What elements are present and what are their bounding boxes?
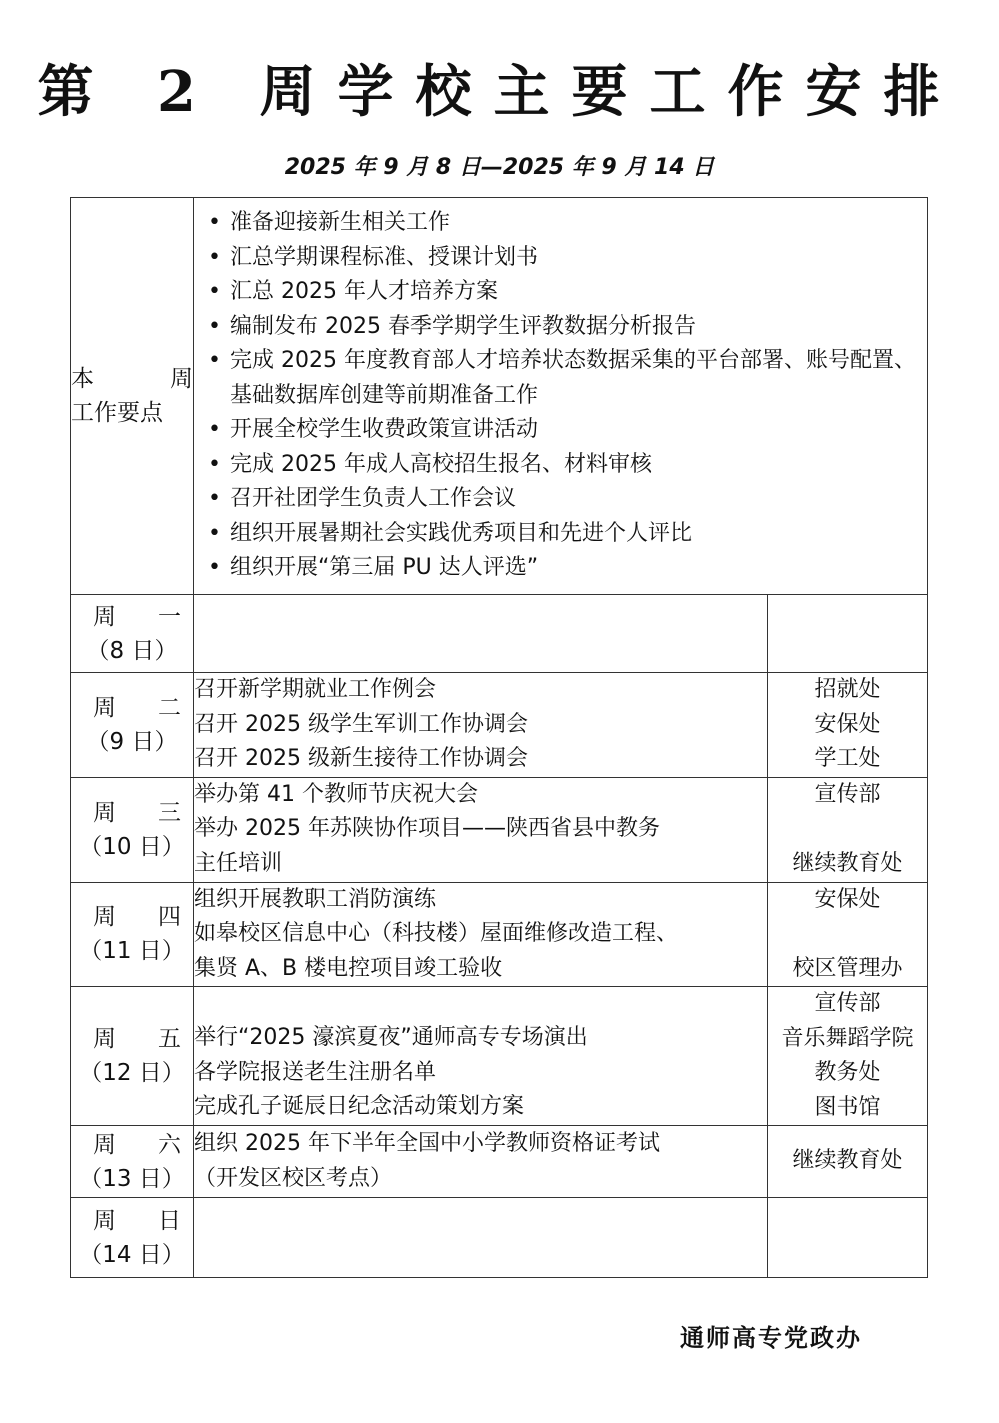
weekday-text: 周 <box>93 600 116 634</box>
weekday-text: 四 <box>158 900 181 934</box>
task-item: 召开新学期就业工作例会 <box>194 673 767 708</box>
task-cell: 举办第 41 个教师节庆祝大会 举办 2025 年苏陕协作项目——陕西省县中教务… <box>194 777 768 882</box>
weekday-text: 六 <box>158 1128 181 1162</box>
task-cell: 组织开展教职工消防演练 如皋校区信息中心（科技楼）屋面维修改造工程、 集贤 A、… <box>194 882 768 987</box>
dept-item: 校区管理办 <box>768 952 927 987</box>
dept-item: 宣传部 <box>768 778 927 813</box>
dept-item: 继续教育处 <box>768 1144 927 1179</box>
schedule-table: 本 周 工作要点 准备迎接新生相关工作 汇总学期课程标准、授课计划书 汇总 20… <box>70 197 928 1278</box>
task-item: 举办第 41 个教师节庆祝大会 <box>194 778 767 813</box>
day-date: （8 日） <box>71 634 193 668</box>
task-cell: 召开新学期就业工作例会 召开 2025 级学生军训工作协调会 召开 2025 级… <box>194 673 768 778</box>
list-item: 开展全校学生收费政策宣讲活动 <box>208 413 919 448</box>
weekday-text: 周 <box>93 796 116 830</box>
list-item: 组织开展“第三届 PU 达人评选” <box>208 551 919 586</box>
task-item: 举办 2025 年苏陕协作项目——陕西省县中教务 <box>194 812 767 847</box>
table-row-wednesday: 周三 （10 日） 举办第 41 个教师节庆祝大会 举办 2025 年苏陕协作项… <box>71 777 928 882</box>
weekday-text: 五 <box>158 1022 181 1056</box>
dept-cell <box>768 595 928 673</box>
task-cell <box>194 1198 768 1278</box>
date-range: 2025 年 9 月 8 日—2025 年 9 月 14 日 <box>0 150 999 186</box>
dept-cell: 招就处 安保处 学工处 <box>768 673 928 778</box>
list-item: 汇总 2025 年人才培养方案 <box>208 275 919 310</box>
label-text: 工作要点 <box>71 396 193 430</box>
key-points-row: 本 周 工作要点 准备迎接新生相关工作 汇总学期课程标准、授课计划书 汇总 20… <box>71 198 928 595</box>
list-item: 汇总学期课程标准、授课计划书 <box>208 241 919 276</box>
key-points-list: 准备迎接新生相关工作 汇总学期课程标准、授课计划书 汇总 2025 年人才培养方… <box>194 200 927 592</box>
day-label: 周五 （12 日） <box>71 987 194 1126</box>
key-points-label: 本 周 工作要点 <box>71 198 194 595</box>
signature: 通师高专党政办 <box>680 1318 862 1353</box>
label-text: 本 <box>71 362 94 396</box>
dept-item: 图书馆 <box>768 1091 927 1126</box>
dept-item: 学工处 <box>768 742 927 777</box>
list-item: 准备迎接新生相关工作 <box>208 206 919 241</box>
dept-item <box>768 812 927 847</box>
task-cell: 举行“2025 濠滨夏夜”通师高专专场演出 各学院报送老生注册名单 完成孔子诞辰… <box>194 987 768 1126</box>
day-label: 周六 （13 日） <box>71 1126 194 1198</box>
task-item: 举行“2025 濠滨夏夜”通师高专专场演出 <box>194 1021 767 1056</box>
weekday-text: 二 <box>158 691 181 725</box>
weekday-text: 周 <box>93 691 116 725</box>
table-row-monday: 周一 （8 日） <box>71 595 928 673</box>
dept-item: 音乐舞蹈学院 <box>768 1022 927 1057</box>
task-item: 集贤 A、B 楼电控项目竣工验收 <box>194 952 767 987</box>
task-item: （开发区校区考点） <box>194 1162 767 1197</box>
weekday-text: 一 <box>158 600 181 634</box>
dept-item: 安保处 <box>768 883 927 918</box>
dept-item <box>768 917 927 952</box>
task-item: 召开 2025 级新生接待工作协调会 <box>194 742 767 777</box>
weekday-text: 周 <box>93 1204 116 1238</box>
task-cell: 组织 2025 年下半年全国中小学教师资格证考试 （开发区校区考点） <box>194 1126 768 1198</box>
day-date: （14 日） <box>71 1238 193 1272</box>
table-row-friday: 周五 （12 日） 举行“2025 濠滨夏夜”通师高专专场演出 各学院报送老生注… <box>71 987 928 1126</box>
task-item: 各学院报送老生注册名单 <box>194 1056 767 1091</box>
weekday-text: 周 <box>93 1128 116 1162</box>
dept-item: 教务处 <box>768 1056 927 1091</box>
day-date: （13 日） <box>71 1162 193 1196</box>
dept-cell: 宣传部 音乐舞蹈学院 教务处 图书馆 <box>768 987 928 1126</box>
day-date: （11 日） <box>71 934 193 968</box>
task-item: 组织开展教职工消防演练 <box>194 883 767 918</box>
weekday-text: 周 <box>93 1022 116 1056</box>
label-text: 周 <box>170 362 193 396</box>
day-date: （12 日） <box>71 1056 193 1090</box>
table-row-sunday: 周日 （14 日） <box>71 1198 928 1278</box>
dept-cell <box>768 1198 928 1278</box>
weekday-text: 日 <box>158 1204 181 1238</box>
day-label: 周四 （11 日） <box>71 882 194 987</box>
dept-item: 招就处 <box>768 673 927 708</box>
list-item: 组织开展暑期社会实践优秀项目和先进个人评比 <box>208 517 919 552</box>
dept-item: 安保处 <box>768 708 927 743</box>
list-item: 编制发布 2025 春季学期学生评教数据分析报告 <box>208 310 919 345</box>
day-label: 周一 （8 日） <box>71 595 194 673</box>
dept-cell: 安保处 校区管理办 <box>768 882 928 987</box>
key-points-cell: 准备迎接新生相关工作 汇总学期课程标准、授课计划书 汇总 2025 年人才培养方… <box>194 198 928 595</box>
day-label: 周日 （14 日） <box>71 1198 194 1278</box>
dept-item: 继续教育处 <box>768 847 927 882</box>
table-row-thursday: 周四 （11 日） 组织开展教职工消防演练 如皋校区信息中心（科技楼）屋面维修改… <box>71 882 928 987</box>
day-label: 周三 （10 日） <box>71 777 194 882</box>
task-item: 完成孔子诞辰日纪念活动策划方案 <box>194 1090 767 1125</box>
day-label: 周二 （9 日） <box>71 673 194 778</box>
task-item: 如皋校区信息中心（科技楼）屋面维修改造工程、 <box>194 917 767 952</box>
dept-item: 宣传部 <box>768 987 927 1022</box>
task-cell <box>194 595 768 673</box>
weekday-text: 三 <box>158 796 181 830</box>
page-title: 第 2 周学校主要工作安排 <box>0 52 999 132</box>
dept-cell: 继续教育处 <box>768 1126 928 1198</box>
list-item: 完成 2025 年度教育部人才培养状态数据采集的平台部署、账号配置、基础数据库创… <box>208 344 919 413</box>
day-date: （9 日） <box>71 725 193 759</box>
task-item: 召开 2025 级学生军训工作协调会 <box>194 708 767 743</box>
dept-cell: 宣传部 继续教育处 <box>768 777 928 882</box>
list-item: 完成 2025 年成人高校招生报名、材料审核 <box>208 448 919 483</box>
task-item: 主任培训 <box>194 847 767 882</box>
weekday-text: 周 <box>93 900 116 934</box>
list-item: 召开社团学生负责人工作会议 <box>208 482 919 517</box>
day-date: （10 日） <box>71 830 193 864</box>
table-row-tuesday: 周二 （9 日） 召开新学期就业工作例会 召开 2025 级学生军训工作协调会 … <box>71 673 928 778</box>
table-row-saturday: 周六 （13 日） 组织 2025 年下半年全国中小学教师资格证考试 （开发区校… <box>71 1126 928 1198</box>
task-item: 组织 2025 年下半年全国中小学教师资格证考试 <box>194 1127 767 1162</box>
